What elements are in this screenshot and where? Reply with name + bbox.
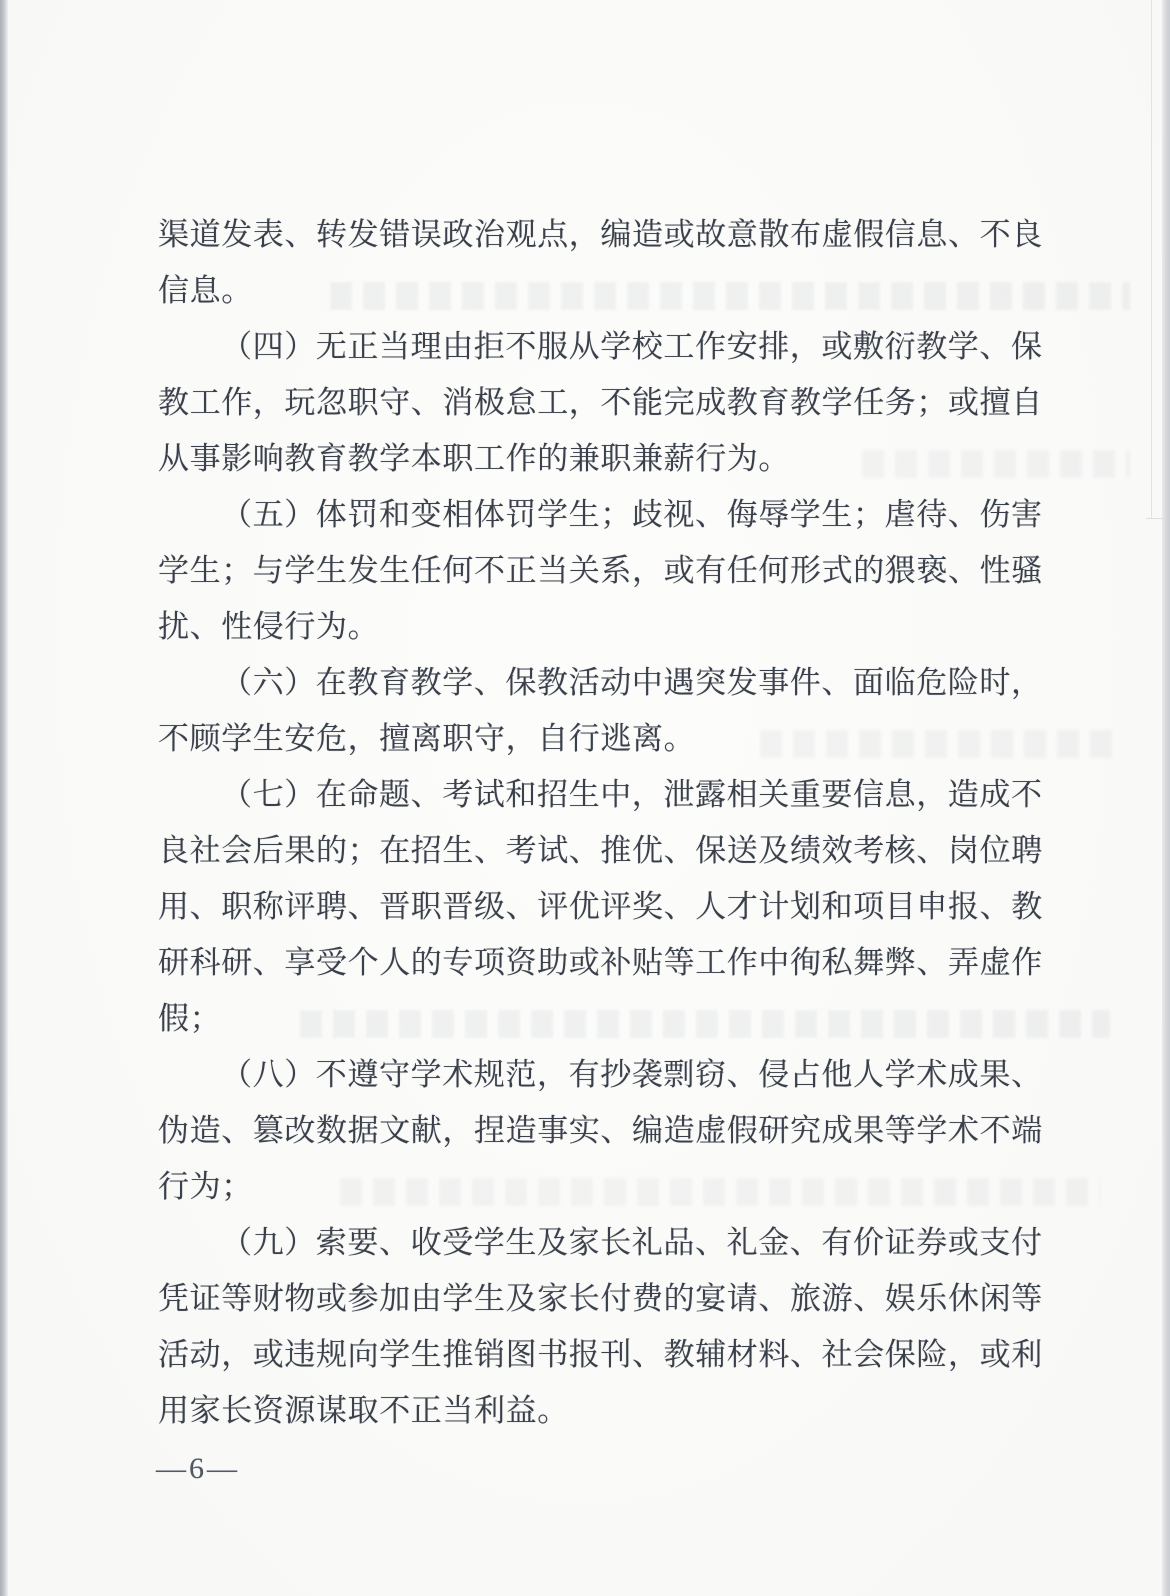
text-line: 研科研、享受个人的专项资助或补贴等工作中徇私舞弊、弄虚作: [158, 935, 1050, 991]
text-line: 行为；: [158, 1159, 1050, 1215]
text-line: （四）无正当理由拒不服从学校工作安排，或敷衍教学、保: [158, 319, 1050, 375]
text-line: 假；: [158, 991, 1050, 1047]
text-line: 信息。: [158, 263, 1050, 319]
scan-artifact-horizontal-line: [1146, 518, 1164, 519]
text-line: 活动，或违规向学生推销图书报刊、教辅材料、社会保险，或利: [158, 1327, 1050, 1383]
document-body: 渠道发表、转发错误政治观点，编造或故意散布虚假信息、不良信息。（四）无正当理由拒…: [158, 207, 1050, 1439]
text-line: 伪造、篡改数据文献，捏造事实、编造虚假研究成果等学术不端: [158, 1103, 1050, 1159]
text-line: 学生；与学生发生任何不正当关系，或有任何形式的猥亵、性骚: [158, 543, 1050, 599]
text-line: 扰、性侵行为。: [158, 599, 1050, 655]
text-line: （七）在命题、考试和招生中，泄露相关重要信息，造成不: [158, 767, 1050, 823]
scan-artifact-vertical-line: [1151, 0, 1152, 519]
text-line: （八）不遵守学术规范，有抄袭剽窃、侵占他人学术成果、: [158, 1047, 1050, 1103]
text-line: 不顾学生安危，擅离职守，自行逃离。: [158, 711, 1050, 767]
text-line: （九）索要、收受学生及家长礼品、礼金、有价证券或支付: [158, 1215, 1050, 1271]
text-line: 良社会后果的；在招生、考试、推优、保送及绩效考核、岗位聘: [158, 823, 1050, 879]
page-number: —6—: [156, 1452, 240, 1486]
text-line: 用、职称评聘、晋职晋级、评优评奖、人才计划和项目申报、教: [158, 879, 1050, 935]
text-line: 教工作，玩忽职守、消极怠工，不能完成教育教学任务；或擅自: [158, 375, 1050, 431]
scan-left-edge: [0, 0, 9, 1596]
text-line: 凭证等财物或参加由学生及家长付费的宴请、旅游、娱乐休闲等: [158, 1271, 1050, 1327]
scan-right-edge: [1162, 0, 1170, 1596]
text-line: 从事影响教育教学本职工作的兼职兼薪行为。: [158, 431, 1050, 487]
text-line: 用家长资源谋取不正当利益。: [158, 1383, 1050, 1439]
text-line: （五）体罚和变相体罚学生；歧视、侮辱学生；虐待、伤害: [158, 487, 1050, 543]
text-line: （六）在教育教学、保教活动中遇突发事件、面临危险时，: [158, 655, 1050, 711]
text-line: 渠道发表、转发错误政治观点，编造或故意散布虚假信息、不良: [158, 207, 1050, 263]
